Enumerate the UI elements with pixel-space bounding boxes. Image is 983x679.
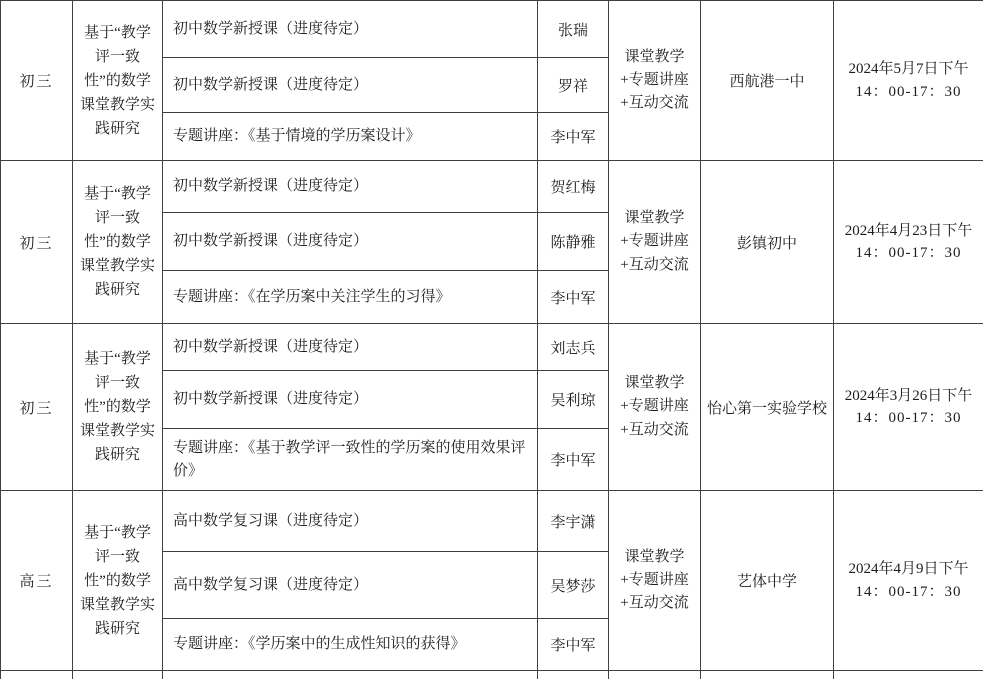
teacher-cell: 贺红梅 [538,161,609,213]
location-cell: 彭镇初中 [701,161,834,324]
course-cell: 初中数学新授课（进度待定） [163,161,538,213]
time-text: 14：00-17：30 [838,407,979,430]
format-cell: 课堂教学+专题讲座+互动交流 [609,324,701,491]
format-cell: 课堂教学+专题讲座+互动交流 [609,1,701,161]
course-cell: 专题讲座：《学历案中的生成性知识的获得》 [163,619,538,671]
empty-cell [609,671,701,679]
course-cell: 初中数学新授课（进度待定） [163,371,538,429]
datetime-cell: 2024年3月26日下午 14：00-17：30 [834,324,983,491]
course-cell: 专题讲座：《基于情境的学历案设计》 [163,113,538,161]
course-cell: 初中数学新授课（进度待定） [163,58,538,113]
date-text: 2024年5月7日下午 [838,58,979,81]
teacher-cell: 李中军 [538,619,609,671]
course-cell: 高中数学复习课（进度待定） [163,491,538,552]
time-text: 14：00-17：30 [838,81,979,104]
grade-cell: 初三 [1,324,73,491]
grade-cell: 初三 [1,1,73,161]
course-cell: 专题讲座：《在学历案中关注学生的习得》 [163,271,538,324]
schedule-table: 初三 基于“教学评一致性”的数学课堂教学实践研究 初中数学新授课（进度待定） 张… [0,0,983,679]
topic-cell: 基于“教学评一致性”的数学课堂教学实践研究 [73,1,163,161]
empty-cell [1,671,73,679]
empty-cell [834,671,983,679]
datetime-cell: 2024年4月23日下午 14：00-17：30 [834,161,983,324]
teacher-cell: 张瑞 [538,1,609,58]
date-text: 2024年4月9日下午 [838,558,979,581]
format-cell: 课堂教学+专题讲座+互动交流 [609,491,701,671]
empty-cell [73,671,163,679]
course-cell: 专题讲座：《基于教学评一致性的学历案的使用效果评价》 [163,429,538,491]
teacher-cell: 刘志兵 [538,324,609,371]
location-cell: 西航港一中 [701,1,834,161]
grade-cell: 高三 [1,491,73,671]
course-cell: 高中数学复习课（进度待定） [163,552,538,619]
date-text: 2024年4月23日下午 [838,220,979,243]
course-cell: 初中数学新授课（进度待定） [163,324,538,371]
teacher-cell: 吴梦莎 [538,552,609,619]
grade-cell: 初三 [1,161,73,324]
datetime-cell: 2024年5月7日下午 14：00-17：30 [834,1,983,161]
teacher-cell: 李宇潇 [538,491,609,552]
teacher-cell: 吴利琼 [538,371,609,429]
teacher-cell: 陈静雅 [538,213,609,271]
table-row: 高三 基于“教学评一致性”的数学课堂教学实践研究 高中数学复习课（进度待定） 李… [1,491,983,552]
location-cell: 艺体中学 [701,491,834,671]
teacher-cell: 罗祥 [538,58,609,113]
course-cell: 初中数学新授课（进度待定） [163,1,538,58]
date-text: 2024年3月26日下午 [838,385,979,408]
course-cell: 初中数学新授课（进度待定） [163,213,538,271]
location-cell: 怡心第一实验学校 [701,324,834,491]
empty-cell [701,671,834,679]
empty-cell [163,671,538,679]
empty-cell [538,671,609,679]
datetime-cell: 2024年4月9日下午 14：00-17：30 [834,491,983,671]
table-viewport: 初三 基于“教学评一致性”的数学课堂教学实践研究 初中数学新授课（进度待定） 张… [0,0,983,679]
teacher-cell: 李中军 [538,429,609,491]
time-text: 14：00-17：30 [838,242,979,265]
time-text: 14：00-17：30 [838,581,979,604]
table-row: 初三 基于“教学评一致性”的数学课堂教学实践研究 初中数学新授课（进度待定） 张… [1,1,983,58]
teacher-cell: 李中军 [538,113,609,161]
format-cell: 课堂教学+专题讲座+互动交流 [609,161,701,324]
topic-cell: 基于“教学评一致性”的数学课堂教学实践研究 [73,161,163,324]
topic-cell: 基于“教学评一致性”的数学课堂教学实践研究 [73,324,163,491]
partial-row [1,671,983,679]
topic-cell: 基于“教学评一致性”的数学课堂教学实践研究 [73,491,163,671]
table-row: 初三 基于“教学评一致性”的数学课堂教学实践研究 初中数学新授课（进度待定） 贺… [1,161,983,213]
table-row: 初三 基于“教学评一致性”的数学课堂教学实践研究 初中数学新授课（进度待定） 刘… [1,324,983,371]
teacher-cell: 李中军 [538,271,609,324]
